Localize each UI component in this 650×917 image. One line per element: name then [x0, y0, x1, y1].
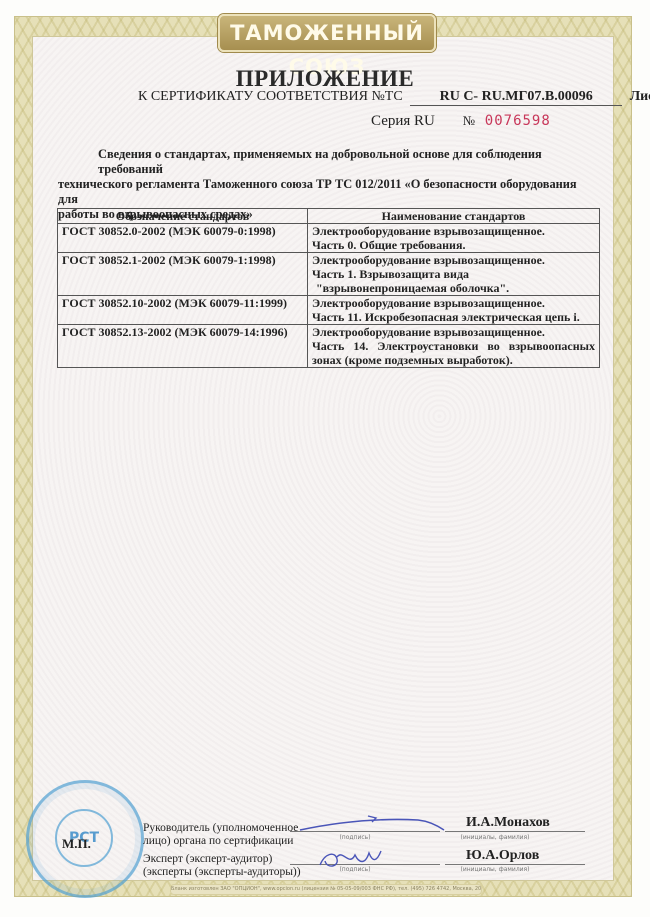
serial-label: №	[463, 113, 475, 128]
head-name: И.А.Монахов	[466, 815, 550, 831]
standard-name: Электрооборудование взрывозащищенное. Ча…	[308, 325, 600, 368]
expert-label-line: Эксперт (эксперт-аудитор)	[143, 853, 301, 866]
number-label: №ТС	[371, 89, 402, 104]
head-label-line: Руководитель (уполномоченное	[143, 822, 298, 835]
standard-code: ГОСТ 30852.10-2002 (МЭК 60079-11:1999)	[58, 296, 308, 325]
name-line: Электрооборудование взрывозащищенное.	[312, 296, 595, 310]
name-caption: (инициалы, фамилия)	[445, 866, 545, 873]
name-line: Электрооборудование взрывозащищенное.	[312, 224, 595, 238]
certificate-line: К СЕРТИФИКАТУ СООТВЕТСТВИЯ №ТС RU С- RU.…	[138, 89, 650, 106]
series-label: Серия	[371, 113, 410, 129]
table-row: ГОСТ 30852.10-2002 (МЭК 60079-11:1999) Э…	[58, 296, 600, 325]
expert-signature-icon	[315, 845, 395, 871]
name-line: зонах (кроме подземных выработок).	[312, 353, 595, 367]
name-line: "взрывонепроницаемая оболочка".	[312, 281, 595, 295]
standard-name: Электрооборудование взрывозащищенное. Ча…	[308, 224, 600, 253]
head-name-line	[445, 831, 585, 832]
standard-code: ГОСТ 30852.0-2002 (МЭК 60079-0:1998)	[58, 224, 308, 253]
expert-name-line	[445, 864, 585, 865]
column-header: Обозначение стандартов	[58, 209, 308, 224]
head-signature-icon	[298, 812, 448, 834]
name-line: Часть 14. Электроустановки во взрывоопас…	[312, 339, 595, 353]
table-row: ГОСТ 30852.0-2002 (МЭК 60079-0:1998) Эле…	[58, 224, 600, 253]
signature-caption: (подпись)	[290, 834, 420, 841]
certificate-number: RU С- RU.МГ07.В.00096	[410, 89, 622, 106]
intro-line: технического регламента Таможенного союз…	[58, 177, 598, 207]
standards-table: Обозначение стандартов Наименование стан…	[57, 208, 600, 368]
serial-number: 0076598	[485, 113, 551, 129]
standard-code: ГОСТ 30852.13-2002 (МЭК 60079-14:1996)	[58, 325, 308, 368]
name-line: Часть 0. Общие требования.	[312, 238, 595, 252]
name-line: Часть 1. Взрывозащита вида	[312, 267, 595, 281]
sheet-label: Лист 1	[630, 89, 650, 104]
table-row: ГОСТ 30852.13-2002 (МЭК 60079-14:1996) Э…	[58, 325, 600, 368]
intro-line: Сведения о стандартах, применяемых на до…	[58, 147, 598, 177]
printer-imprint: Бланк изготовлен ЗАО "ОПЦИОН", www.opcio…	[170, 884, 482, 895]
standard-name: Электрооборудование взрывозащищенное. Ча…	[308, 253, 600, 296]
name-line: Электрооборудование взрывозащищенное.	[312, 325, 595, 339]
standard-code: ГОСТ 30852.1-2002 (МЭК 60079-1:1998)	[58, 253, 308, 296]
expert-label-line: (эксперты (эксперты-аудиторы))	[143, 866, 301, 879]
name-line: Электрооборудование взрывозащищенное.	[312, 253, 595, 267]
table-header-row: Обозначение стандартов Наименование стан…	[58, 209, 600, 224]
head-label: Руководитель (уполномоченное лицо) орган…	[143, 822, 298, 848]
table-row: ГОСТ 30852.1-2002 (МЭК 60079-1:1998) Эле…	[58, 253, 600, 296]
series-line: Серия RU № 0076598	[371, 113, 551, 130]
certificate-prefix: К СЕРТИФИКАТУ СООТВЕТСТВИЯ	[138, 89, 368, 104]
name-line: Часть 11. Искробезопасная электрическая …	[312, 310, 595, 324]
series-value: RU	[414, 113, 435, 129]
stamp-label: М.П.	[62, 836, 91, 852]
name-caption: (инициалы, фамилия)	[445, 834, 545, 841]
standard-name: Электрооборудование взрывозащищенное. Ча…	[308, 296, 600, 325]
customs-union-banner: ТАМОЖЕННЫЙ СОЮЗ	[218, 14, 436, 52]
column-header: Наименование стандартов	[308, 209, 600, 224]
expert-name: Ю.А.Орлов	[466, 848, 539, 864]
expert-label: Эксперт (эксперт-аудитор) (эксперты (экс…	[143, 853, 301, 879]
head-label-line: лицо) органа по сертификации	[143, 835, 298, 848]
